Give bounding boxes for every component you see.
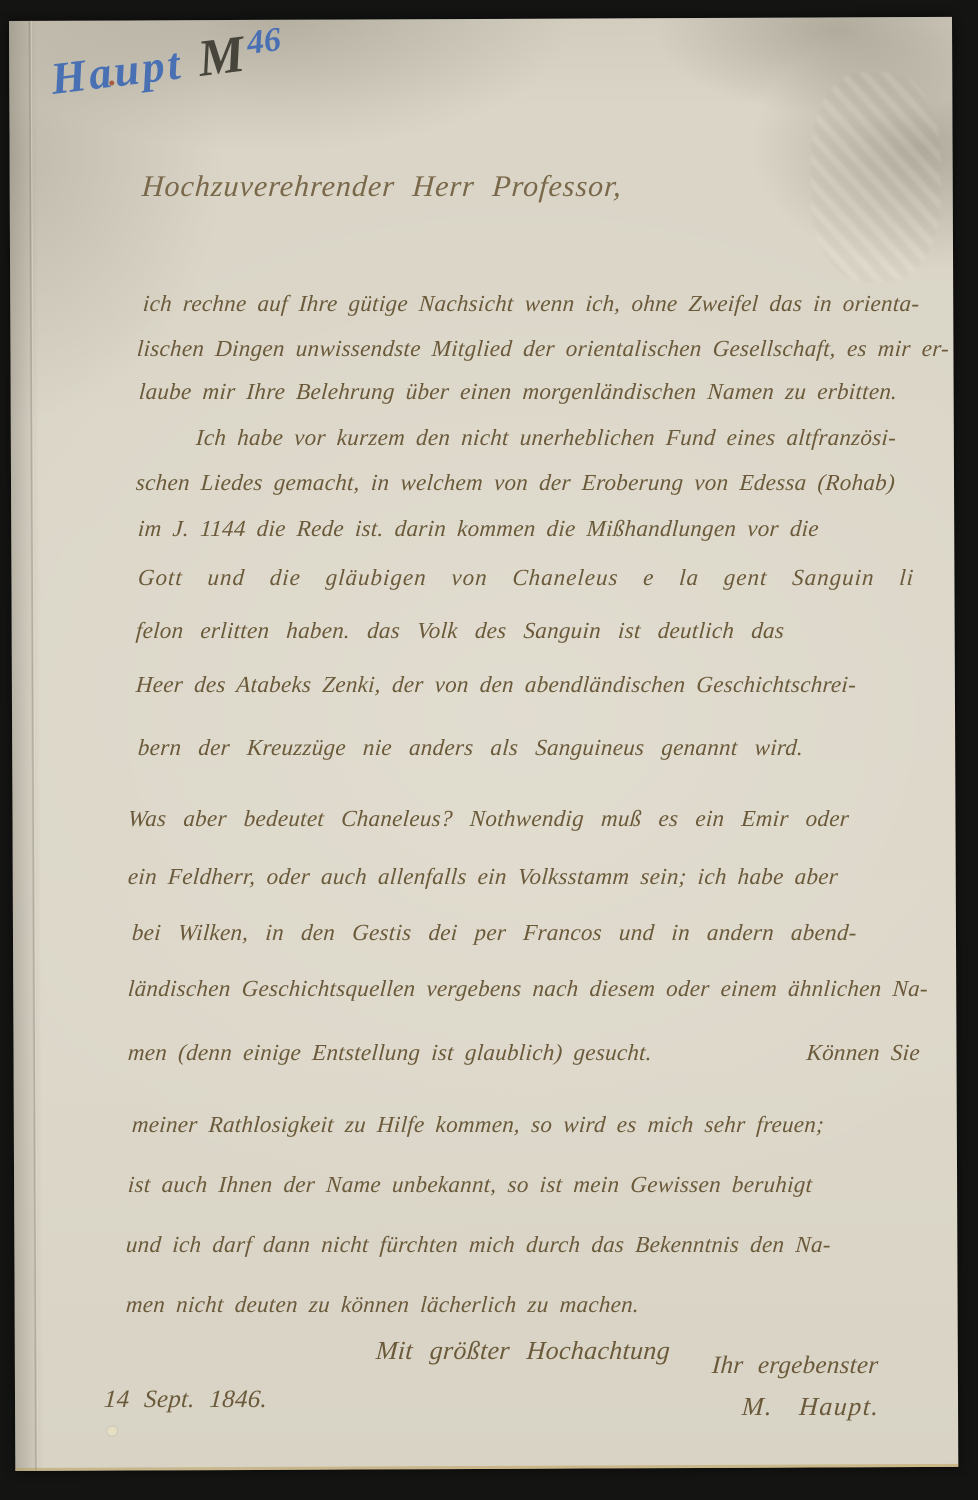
letter-line: bern der Kreuzzüge nie anders als Sangui… <box>137 735 804 761</box>
paper-speck <box>107 1427 117 1436</box>
letter-line: und ich darf dann nicht fürchten mich du… <box>125 1232 832 1258</box>
letter-line: Heer des Atabeks Zenki, der von den aben… <box>135 672 857 698</box>
annotation-mark: M <box>195 26 248 88</box>
letter-line: bei Wilken, in den Gestis dei per Franco… <box>131 920 858 946</box>
paper-texture-patch <box>810 72 941 283</box>
letter-line: laube mir Ihre Belehrung über einen morg… <box>138 379 898 405</box>
letter-line: Was aber bedeutet Chaneleus? Nothwendig … <box>127 806 850 832</box>
letter-line: ich rechne auf Ihre gütige Nachsicht wen… <box>142 291 920 317</box>
letter-line: schen Liedes gemacht, in welchem von der… <box>135 470 896 496</box>
letter-line: felon erlitten haben. das Volk des Sangu… <box>135 618 785 644</box>
letter-line: men nicht deuten zu können lächerlich zu… <box>125 1292 640 1318</box>
letter-line: im J. 1144 die Rede ist. darin kommen di… <box>137 516 820 542</box>
fold-crease <box>28 21 38 1471</box>
salutation: Hochzuverehrender Herr Professor, <box>141 170 623 204</box>
letter-line: ländischen Geschichtsquellen vergebens n… <box>127 976 929 1002</box>
letter-line: ist auch Ihnen der Name unbekannt, so is… <box>127 1172 813 1198</box>
annotation-number: 46 <box>245 21 283 62</box>
signature: M. Haupt. <box>741 1392 881 1422</box>
letter-line-right: Können Sie <box>806 1040 921 1066</box>
letter-line-left: men (denn einige Entstellung ist glaubli… <box>127 1040 653 1066</box>
letter-date: 14 Sept. 1846. <box>103 1386 268 1414</box>
letter-line: men (denn einige Entstellung ist glaubli… <box>127 1040 921 1066</box>
letter-line: ein Feldherr, oder auch allenfalls ein V… <box>127 864 839 890</box>
letter-line: Gott und die gläubigen von Chaneleus e l… <box>137 565 915 591</box>
scanned-letter-page: HauptM46 Hochzuverehrender Herr Professo… <box>0 0 978 1500</box>
sender-intro: Ihr ergebenster <box>711 1352 879 1380</box>
letter-line: meiner Rathlosigkeit zu Hilfe kommen, so… <box>131 1112 825 1138</box>
letter-line: Ich habe vor kurzem den nicht unerheblic… <box>195 425 897 451</box>
valediction: Mit größter Hochachtung <box>375 1336 671 1366</box>
letter-line: lischen Dingen unwissendste Mitglied der… <box>136 336 950 362</box>
